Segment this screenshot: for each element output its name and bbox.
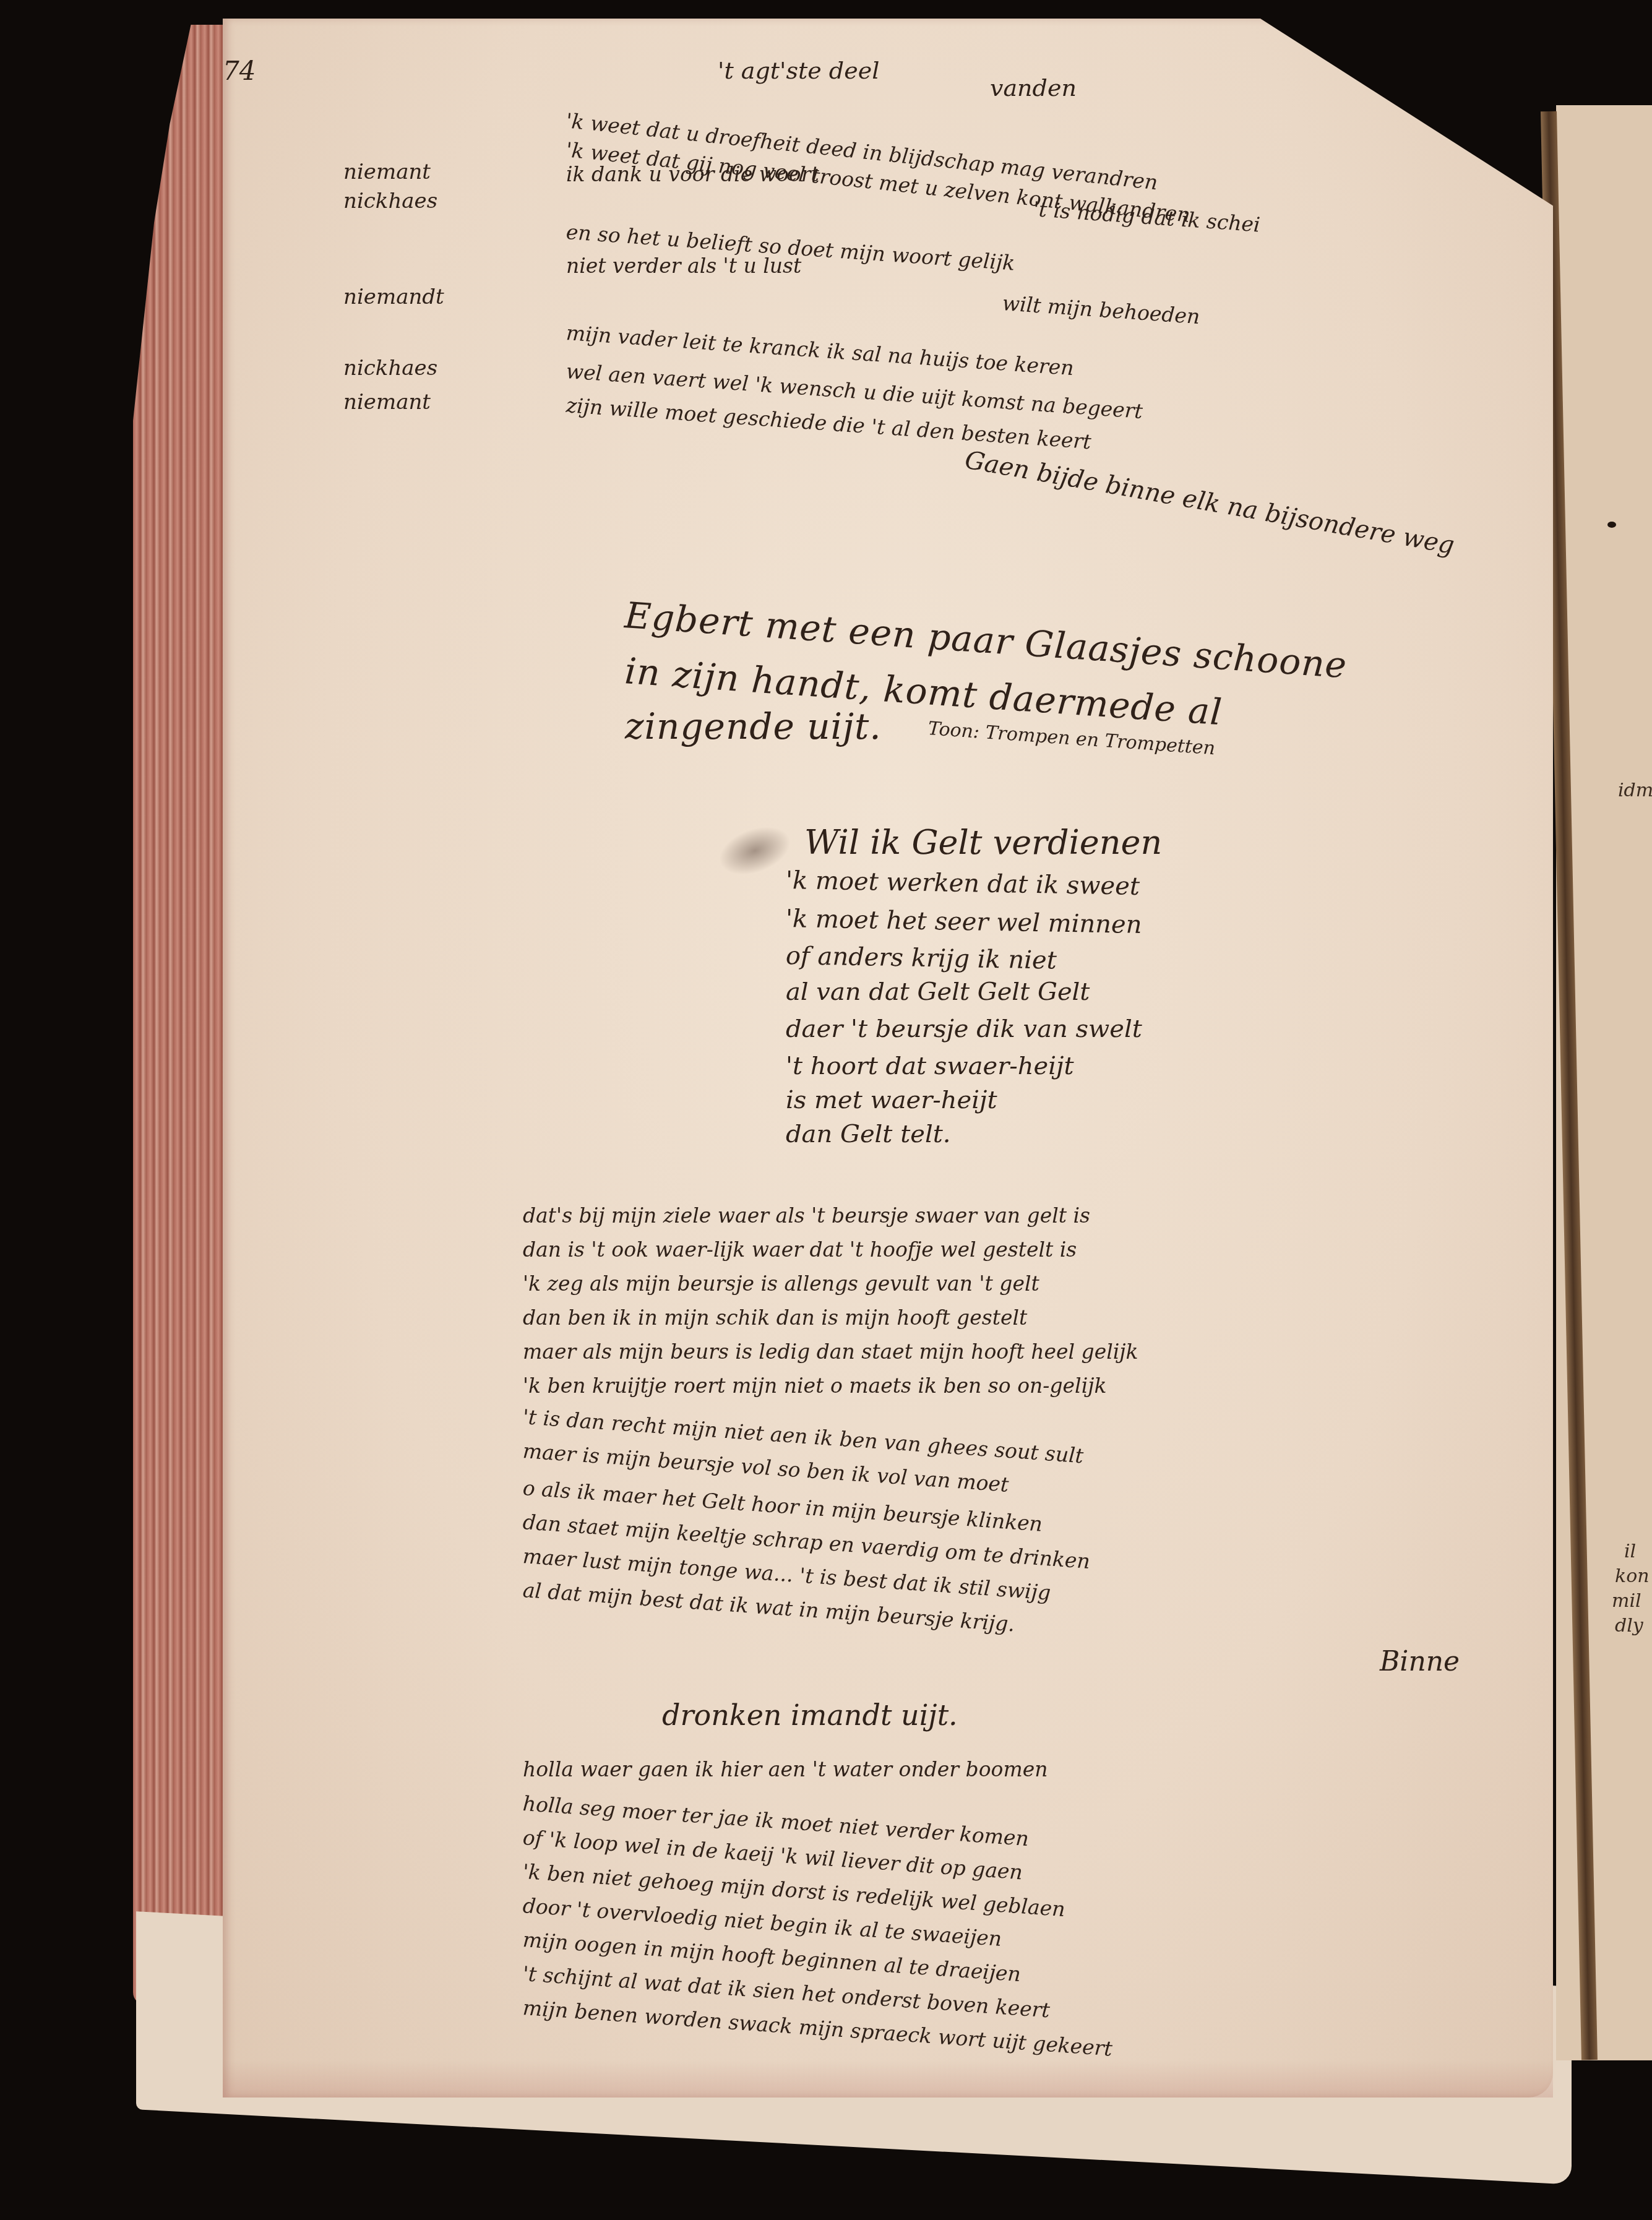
speaker-exit: Binne (1380, 1646, 1460, 1677)
monologue-line: 'k zeg als mijn beursje is allengs gevul… (523, 1271, 1039, 1296)
monologue-line: dan ben ik in mijn schik dan is mijn hoo… (523, 1306, 1027, 1330)
scene-heading: dronken imandt uijt. (662, 1698, 958, 1732)
dialogue-line: niet verder als 't u lust (566, 254, 801, 278)
monologue-line: dan is 't ook waer-lijk waer dat 't hoof… (523, 1237, 1077, 1262)
header-left: 't agt'ste deel (718, 57, 879, 84)
speaker-name: niemant (343, 160, 431, 184)
speaker-name: nickhaes (343, 356, 437, 381)
facing-page-fragment: dly (1615, 1615, 1643, 1637)
stage-direction-line: zingende uijt. (625, 705, 882, 747)
song-line: daer 't beursje dik van swelt (786, 1015, 1142, 1043)
speaker-name: niemant (343, 390, 431, 415)
song-line: Wil ik Gelt verdienen (804, 823, 1162, 862)
facing-page-fragment: idme (1618, 780, 1652, 801)
song-line: of anders krijg ik niet (786, 942, 1057, 975)
monologue-line: dat's bij mijn ziele waer als 't beursje… (523, 1203, 1090, 1228)
facing-page-fragment: mil (1612, 1590, 1641, 1612)
page-number: 74 (223, 56, 256, 86)
book-page-edges (133, 25, 238, 2005)
ink-dot (1607, 522, 1616, 528)
monologue-line: 'k ben kruijtje roert mijn niet o maets … (523, 1374, 1106, 1398)
header-right: vanden (990, 74, 1077, 101)
song-line: al van dat Gelt Gelt Gelt (786, 978, 1090, 1006)
dialogue-line: ik dank u voor die woort (566, 162, 819, 186)
monologue-line: maer als mijn beurs is ledig dan staet m… (523, 1340, 1138, 1364)
speaker-name: nickhaes (343, 189, 437, 213)
facing-page-fragment: il (1624, 1541, 1636, 1562)
scene-line: holla waer gaen ik hier aen 't water ond… (523, 1757, 1048, 1781)
speaker-name: niemandt (343, 285, 444, 309)
song-line: 't hoort dat swaer-heijt (786, 1052, 1074, 1080)
song-line: is met waer-heijt (786, 1086, 997, 1114)
song-line: dan Gelt telt. (786, 1120, 950, 1148)
facing-page-fragment: kon (1615, 1565, 1650, 1587)
